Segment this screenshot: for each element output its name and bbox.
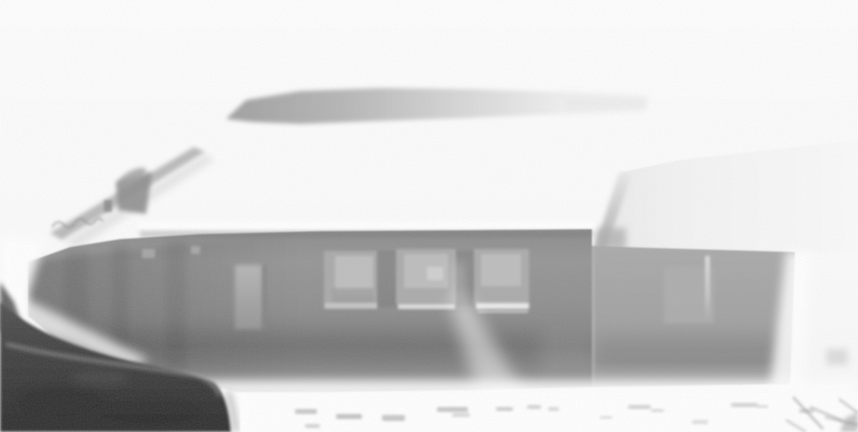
- photograph: [0, 0, 858, 432]
- photo-canvas: [0, 0, 858, 432]
- film-grain-overlay: [0, 0, 858, 432]
